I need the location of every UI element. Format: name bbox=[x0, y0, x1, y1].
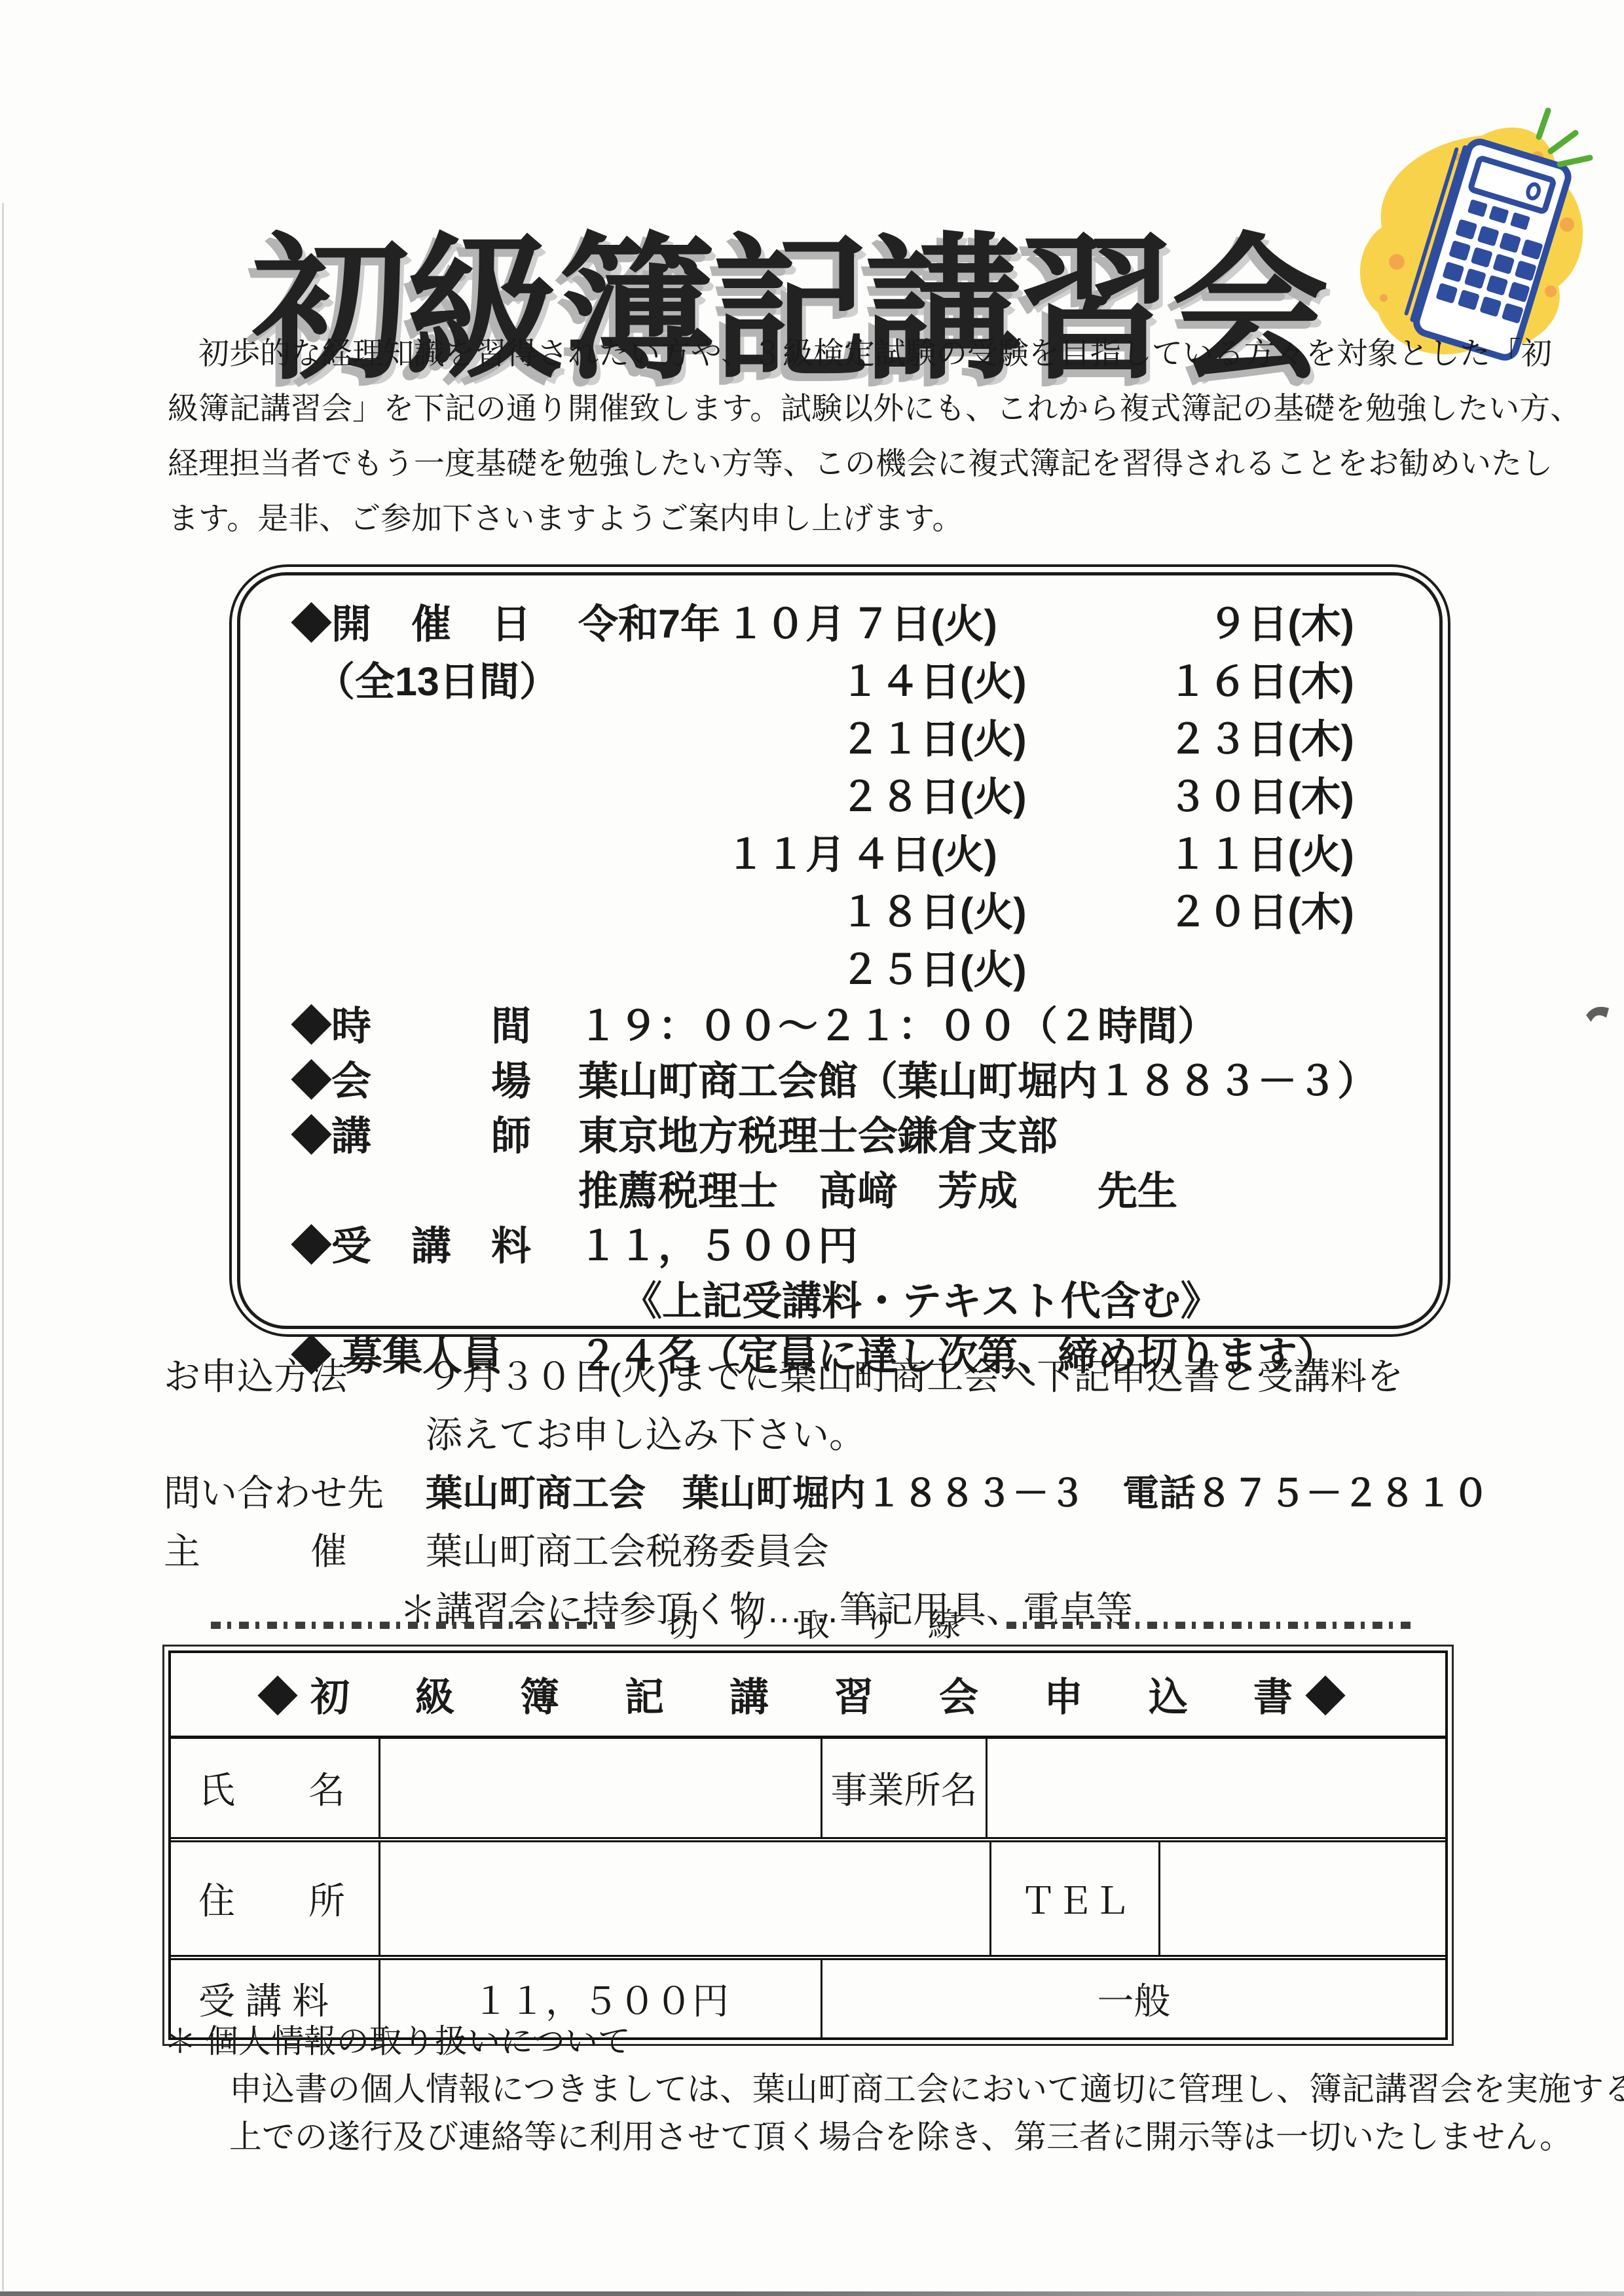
cut-line: 切 り 取 り 線 bbox=[164, 1603, 1454, 1642]
spacer bbox=[997, 883, 1161, 941]
form-title: ◆初 級 簿 記 講 習 会 申 込 書◆ bbox=[171, 1653, 1445, 1739]
schedule-row: ◆開 催 日 令和7年 １０月 ７日(火) ９日(木) bbox=[291, 595, 1420, 653]
apply-method-row: お申込方法 ９月３０日(火)までに葉山町商工会へ下記申込書と受講料を bbox=[164, 1347, 1473, 1406]
scan-edge-artifact-bottom bbox=[0, 2291, 1624, 2296]
application-form-inner: ◆初 級 簿 記 講 習 会 申 込 書◆ 氏 名 事業所名 住 所 ＴＥＬ 受… bbox=[168, 1650, 1448, 2040]
schedule-row: ２８日(火) ３０日(木) bbox=[291, 768, 1420, 826]
lecturer-value: 東京地方税理士会鎌倉支部 bbox=[578, 1108, 1420, 1163]
schedule-row: １１月 ４日(火) １１日(火) bbox=[291, 826, 1420, 883]
schedule-era: 令和7年 bbox=[578, 595, 726, 653]
schedule-month bbox=[726, 941, 840, 998]
cut-line-label: 切 り 取 り 線 bbox=[666, 1599, 961, 1646]
schedule-label: ◆開 催 日 bbox=[291, 595, 578, 653]
spacer bbox=[291, 1163, 578, 1218]
spacer bbox=[997, 653, 1161, 710]
apply-method-row2: 添えてお申し込み下さい。 bbox=[164, 1406, 1473, 1464]
schedule-month: １０月 bbox=[726, 595, 840, 653]
name-label: 氏 名 bbox=[171, 1739, 378, 1837]
privacy-section: ＊ 個人情報の取り扱いについて 申込書の個人情報につきましては、葉山町商工会にお… bbox=[164, 2018, 1624, 2161]
lecturer-row: ◆講 師 東京地方税理士会鎌倉支部 bbox=[291, 1108, 1420, 1163]
schedule-row: １８日(火) ２０日(木) bbox=[291, 883, 1420, 941]
schedule-row: ２１日(火) ２３日(木) bbox=[291, 710, 1420, 768]
spacer bbox=[997, 710, 1161, 768]
schedule-date-thu: ３０日(木) bbox=[1161, 768, 1354, 826]
time-label: ◆時 間 bbox=[291, 998, 578, 1053]
schedule-row: ２５日(火) bbox=[291, 941, 1420, 998]
schedule-month bbox=[726, 768, 840, 826]
fee-row: ◆受 講 料 １１，５００円 bbox=[291, 1218, 1420, 1273]
contact-label: 問い合わせ先 bbox=[164, 1464, 426, 1522]
intro-line: ます。是非、ご参加下さいますようご案内申し上げます。 bbox=[168, 491, 1471, 546]
schedule-month bbox=[726, 710, 840, 768]
tel-input-cell bbox=[1158, 1842, 1445, 1955]
tel-label: ＴＥＬ bbox=[989, 1842, 1158, 1955]
host-row: 主 催 葉山町商工会税務委員会 bbox=[164, 1522, 1473, 1580]
schedule-date-tue: １８日(火) bbox=[840, 883, 997, 941]
venue-row: ◆会 場 葉山町商工会館（葉山町堀内１８８３－３） bbox=[291, 1053, 1420, 1108]
spacer bbox=[164, 1406, 426, 1464]
form-row-name: 氏 名 事業所名 bbox=[171, 1739, 1445, 1837]
schedule-date-thu: ２３日(木) bbox=[1161, 710, 1354, 768]
contact-row: 問い合わせ先 葉山町商工会 葉山町堀内１８８３－３ 電話８７５－２８１０ bbox=[164, 1464, 1473, 1522]
spacer bbox=[291, 710, 578, 768]
intro-line: 経理担当者でもう一度基礎を勉強したい方等、この機会に複式簿記を習得されることをお… bbox=[168, 436, 1471, 491]
intro-line: 級簿記講習会」を下記の通り開催致します。試験以外にも、これから複式簿記の基礎を勉… bbox=[168, 381, 1471, 436]
time-row: ◆時 間 １９：００～２１：００（２時間） bbox=[291, 998, 1420, 1053]
schedule-date-thu bbox=[1161, 941, 1354, 998]
schedule-date-tue: ２５日(火) bbox=[840, 941, 997, 998]
spacer bbox=[291, 883, 578, 941]
apply-method-line2: 添えてお申し込み下さい。 bbox=[426, 1406, 1473, 1464]
privacy-heading: ＊ 個人情報の取り扱いについて bbox=[164, 2018, 1624, 2066]
spacer bbox=[997, 826, 1161, 883]
privacy-line-1: 申込書の個人情報につきましては、葉山町商工会において適切に管理し、簿記講習会を実… bbox=[229, 2066, 1624, 2113]
schedule-month: １１月 bbox=[726, 826, 840, 883]
schedule-date-tue: １４日(火) bbox=[840, 653, 997, 710]
apply-method-label: お申込方法 bbox=[164, 1347, 426, 1406]
venue-value: 葉山町商工会館（葉山町堀内１８８３－３） bbox=[578, 1053, 1420, 1108]
intro-paragraph: 初歩的な経理知識を習得されたい方や、３級検定試験の受験を目指している方々を対象と… bbox=[168, 326, 1471, 546]
office-input-cell bbox=[986, 1739, 1445, 1837]
host-value: 葉山町商工会税務委員会 bbox=[426, 1522, 1473, 1580]
cut-dash-right bbox=[1006, 1622, 1416, 1629]
flyer-page: 初級簿記講習会 bbox=[0, 0, 1624, 2296]
schedule-date-thu: １１日(火) bbox=[1161, 826, 1354, 883]
schedule-days-count: （全13日間） bbox=[291, 653, 578, 710]
spacer bbox=[578, 653, 726, 710]
privacy-line-2: 上での遂行及び連絡等に利用させて頂く場合を除き、第三者に開示等は一切いたしません… bbox=[229, 2113, 1624, 2161]
schedule-date-tue: ２１日(火) bbox=[840, 710, 997, 768]
application-form: ◆初 級 簿 記 講 習 会 申 込 書◆ 氏 名 事業所名 住 所 ＴＥＬ 受… bbox=[162, 1645, 1454, 2046]
schedule-date-tue: ４日(火) bbox=[840, 826, 997, 883]
spacer bbox=[291, 768, 578, 826]
venue-label: ◆会 場 bbox=[291, 1053, 578, 1108]
form-row-address: 住 所 ＴＥＬ bbox=[171, 1837, 1445, 1955]
lecturer-name: 推薦税理士 髙﨑 芳成 先生 bbox=[578, 1163, 1420, 1218]
schedule-row: （全13日間） １４日(火) １６日(木) bbox=[291, 653, 1420, 710]
lecturer-label: ◆講 師 bbox=[291, 1108, 578, 1163]
time-value: １９：００～２１：００（２時間） bbox=[578, 998, 1420, 1053]
spacer bbox=[997, 941, 1161, 998]
fee-value: １１，５００円 bbox=[578, 1218, 1420, 1273]
schedule-month bbox=[726, 883, 840, 941]
fee-label: ◆受 講 料 bbox=[291, 1218, 578, 1273]
course-info-box-inner: ◆開 催 日 令和7年 １０月 ７日(火) ９日(木) （全13日間） １４日(… bbox=[237, 572, 1443, 1329]
apply-method-line1: ９月３０日(火)までに葉山町商工会へ下記申込書と受講料を bbox=[426, 1347, 1473, 1406]
address-label: 住 所 bbox=[171, 1842, 378, 1955]
spacer bbox=[578, 710, 726, 768]
spacer bbox=[291, 826, 578, 883]
course-info-box: ◆開 催 日 令和7年 １０月 ７日(火) ９日(木) （全13日間） １４日(… bbox=[229, 564, 1450, 1337]
scan-edge-artifact-left bbox=[2, 203, 4, 2291]
spacer bbox=[578, 768, 726, 826]
schedule-date-tue: ７日(火) bbox=[840, 595, 997, 653]
intro-line: 初歩的な経理知識を習得されたい方や、３級検定試験の受験を目指している方々を対象と… bbox=[168, 326, 1471, 381]
schedule-date-thu: １６日(木) bbox=[1161, 653, 1354, 710]
lecturer-name-row: 推薦税理士 髙﨑 芳成 先生 bbox=[291, 1163, 1420, 1218]
cut-dash-left bbox=[211, 1622, 620, 1629]
spacer bbox=[578, 883, 726, 941]
schedule-date-tue: ２８日(火) bbox=[840, 768, 997, 826]
address-input-cell bbox=[378, 1842, 989, 1955]
spacer bbox=[291, 941, 578, 998]
schedule-date-thu: ２０日(木) bbox=[1161, 883, 1354, 941]
spacer bbox=[997, 768, 1161, 826]
application-section: お申込方法 ９月３０日(火)までに葉山町商工会へ下記申込書と受講料を 添えてお申… bbox=[164, 1347, 1473, 1639]
name-input-cell bbox=[378, 1739, 821, 1837]
schedule-date-thu: ９日(木) bbox=[1161, 595, 1354, 653]
fee-note: 《上記受講料・テキスト代含む》 bbox=[291, 1273, 1420, 1328]
schedule-month bbox=[726, 653, 840, 710]
spacer bbox=[997, 595, 1161, 653]
scan-mark-artifact bbox=[1583, 1001, 1615, 1026]
office-label: 事業所名 bbox=[821, 1739, 986, 1837]
spacer bbox=[578, 941, 726, 998]
contact-value: 葉山町商工会 葉山町堀内１８８３－３ 電話８７５－２８１０ bbox=[426, 1464, 1489, 1522]
host-label: 主 催 bbox=[164, 1522, 426, 1580]
spacer bbox=[578, 826, 726, 883]
